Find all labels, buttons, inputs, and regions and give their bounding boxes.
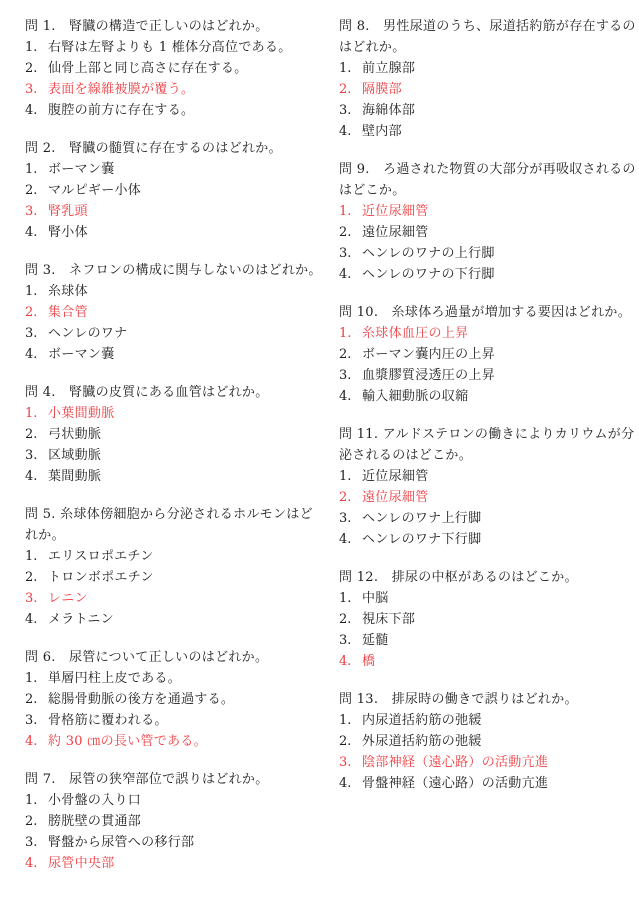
option-row: 4. 骨盤神経（遠心路）の活動亢進 [339,773,637,794]
options-list: 1. 前立腺部 2. 隔膜部 3. 海綿体部 4. 壁内部 [339,58,637,142]
question-title: 問 8. 男性尿道のうち、尿道括約筋が存在するのはどれか。 [339,16,637,58]
option-text: 中脳 [362,588,637,609]
option-text: メラトニン [48,609,323,630]
option-row: 1. 中脳 [339,588,637,609]
option-row: 3. 血漿膠質浸透圧の上昇 [339,365,637,386]
option-row: 1. 糸球体血圧の上昇 [339,323,637,344]
question-block-12: 問 12. 排尿の中枢があるのはどこか。 1. 中脳 2. 視床下部 3. 延髄… [339,567,637,672]
option-text: 約 30 ㎝の長い管である。 [48,731,323,752]
option-number: 1. [25,281,48,302]
option-number: 3. [25,79,48,100]
option-number: 2. [339,344,362,365]
option-number: 2. [25,58,48,79]
option-text: 腹腔の前方に存在する。 [48,100,323,121]
option-number: 4. [25,466,48,487]
option-number: 4. [25,731,48,752]
option-number: 1. [339,323,362,344]
option-number: 1. [25,159,48,180]
option-text: 腎乳頭 [48,201,323,222]
option-number: 4. [25,344,48,365]
option-row: 4. 輸入細動脈の収縮 [339,386,637,407]
option-text: 小骨盤の入り口 [48,790,323,811]
option-number: 3. [339,752,362,773]
option-row: 4. 橋 [339,651,637,672]
option-number: 2. [339,222,362,243]
question-title: 問 9. ろ過された物質の大部分が再吸収されるのはどこか。 [339,159,637,201]
option-number: 4. [25,100,48,121]
option-number: 4. [339,386,362,407]
option-number: 2. [339,79,362,100]
option-number: 1. [25,790,48,811]
option-number: 2. [339,487,362,508]
question-title: 問 7. 尿管の狭窄部位で誤りはどれか。 [25,769,323,790]
option-text: 延髄 [362,630,637,651]
option-text: ボーマン嚢 [48,344,323,365]
option-number: 2. [339,731,362,752]
option-row: 3. 腎乳頭 [25,201,323,222]
option-number: 1. [339,710,362,731]
option-row: 4. 葉間動脈 [25,466,323,487]
option-row: 2. 膀胱壁の貫通部 [25,811,323,832]
option-text: 糸球体 [48,281,323,302]
option-text: 血漿膠質浸透圧の上昇 [362,365,637,386]
option-number: 1. [25,37,48,58]
question-title: 問 1. 腎臓の構造で正しいのはどれか。 [25,16,323,37]
option-row: 2. 弓状動脈 [25,424,323,445]
option-number: 1. [25,403,48,424]
question-block-4: 問 4. 腎臓の皮質にある血管はどれか。 1. 小葉間動脈 2. 弓状動脈 3.… [25,382,323,487]
question-block-2: 問 2. 腎臓の髄質に存在するのはどれか。 1. ボーマン嚢 2. マルピギー小… [25,138,323,243]
option-row: 2. 視床下部 [339,609,637,630]
option-row: 2. 隔膜部 [339,79,637,100]
option-number: 2. [25,180,48,201]
option-number: 1. [339,201,362,222]
option-text: 小葉間動脈 [48,403,323,424]
option-text: 区域動脈 [48,445,323,466]
option-text: 骨格筋に覆われる。 [48,710,323,731]
question-block-6: 問 6. 尿管について正しいのはどれか。 1. 単層円柱上皮である。 2. 総腸… [25,647,323,752]
question-block-7: 問 7. 尿管の狭窄部位で誤りはどれか。 1. 小骨盤の入り口 2. 膀胱壁の貫… [25,769,323,874]
question-title: 問 3. ネフロンの構成に関与しないのはどれか。 [25,260,323,281]
question-block-1: 問 1. 腎臓の構造で正しいのはどれか。 1. 右腎は左腎よりも 1 椎体分高位… [25,16,323,121]
option-number: 1. [339,58,362,79]
option-row: 4. ヘンレのワナ下行脚 [339,529,637,550]
option-number: 3. [25,710,48,731]
option-number: 3. [339,365,362,386]
option-row: 2. マルピギー小体 [25,180,323,201]
options-list: 1. 糸球体 2. 集合管 3. ヘンレのワナ 4. ボーマン嚢 [25,281,323,365]
option-row: 3. 海綿体部 [339,100,637,121]
option-number: 2. [339,609,362,630]
question-title: 問 10. 糸球体ろ過量が増加する要因はどれか。 [339,302,637,323]
option-number: 1. [339,588,362,609]
option-number: 3. [339,100,362,121]
option-text: 陰部神経（遠心路）の活動亢進 [362,752,637,773]
option-text: 海綿体部 [362,100,637,121]
option-row: 2. ボーマン嚢内圧の上昇 [339,344,637,365]
option-row: 4. ボーマン嚢 [25,344,323,365]
option-text: 単層円柱上皮である。 [48,668,323,689]
option-number: 2. [25,811,48,832]
option-row: 2. 遠位尿細管 [339,487,637,508]
option-row: 4. 壁内部 [339,121,637,142]
option-number: 2. [25,302,48,323]
option-text: レニン [48,588,323,609]
option-number: 3. [339,508,362,529]
option-row: 2. 遠位尿細管 [339,222,637,243]
option-text: 腎盤から尿管への移行部 [48,832,323,853]
option-row: 2. 集合管 [25,302,323,323]
option-row: 3. ヘンレのワナ上行脚 [339,508,637,529]
option-number: 2. [25,424,48,445]
option-row: 3. 骨格筋に覆われる。 [25,710,323,731]
option-number: 3. [25,445,48,466]
option-number: 4. [339,264,362,285]
option-row: 1. ボーマン嚢 [25,159,323,180]
option-row: 2. 総腸骨動脈の後方を通過する。 [25,689,323,710]
option-row: 3. ヘンレのワナ [25,323,323,344]
option-text: 視床下部 [362,609,637,630]
option-text: 総腸骨動脈の後方を通過する。 [48,689,323,710]
question-block-8: 問 8. 男性尿道のうち、尿道括約筋が存在するのはどれか。 1. 前立腺部 2.… [339,16,637,142]
option-text: 外尿道括約筋の弛緩 [362,731,637,752]
option-number: 3. [25,323,48,344]
option-text: 腎小体 [48,222,323,243]
right-column: 問 8. 男性尿道のうち、尿道括約筋が存在するのはどれか。 1. 前立腺部 2.… [339,16,637,905]
option-row: 4. ヘンレのワナの下行脚 [339,264,637,285]
option-text: 骨盤神経（遠心路）の活動亢進 [362,773,637,794]
question-title: 問 2. 腎臓の髄質に存在するのはどれか。 [25,138,323,159]
option-text: 遠位尿細管 [362,222,637,243]
option-text: トロンボポエチン [48,567,323,588]
question-title: 問 4. 腎臓の皮質にある血管はどれか。 [25,382,323,403]
question-title: 問 11. アルドステロンの働きによりカリウムが分泌されるのはどこか。 [339,424,637,466]
option-row: 2. 外尿道括約筋の弛緩 [339,731,637,752]
option-text: 隔膜部 [362,79,637,100]
option-row: 3. 延髄 [339,630,637,651]
option-text: ヘンレのワナ上行脚 [362,508,637,529]
options-list: 1. 小骨盤の入り口 2. 膀胱壁の貫通部 3. 腎盤から尿管への移行部 4. … [25,790,323,874]
option-number: 1. [25,668,48,689]
option-row: 1. 単層円柱上皮である。 [25,668,323,689]
option-row: 1. 前立腺部 [339,58,637,79]
option-row: 1. 小葉間動脈 [25,403,323,424]
option-row: 2. 仙骨上部と同じ高さに存在する。 [25,58,323,79]
options-list: 1. 右腎は左腎よりも 1 椎体分高位である。 2. 仙骨上部と同じ高さに存在す… [25,37,323,121]
question-title: 問 12. 排尿の中枢があるのはどこか。 [339,567,637,588]
option-text: 糸球体血圧の上昇 [362,323,637,344]
option-text: 近位尿細管 [362,466,637,487]
option-number: 4. [25,609,48,630]
option-text: 前立腺部 [362,58,637,79]
options-list: 1. 中脳 2. 視床下部 3. 延髄 4. 橋 [339,588,637,672]
option-number: 1. [339,466,362,487]
options-list: 1. 単層円柱上皮である。 2. 総腸骨動脈の後方を通過する。 3. 骨格筋に覆… [25,668,323,752]
option-number: 4. [339,121,362,142]
question-block-5: 問 5. 糸球体傍細胞から分泌されるホルモンはどれか。 1. エリスロポエチン … [25,504,323,630]
option-number: 3. [25,832,48,853]
option-row: 4. 腎小体 [25,222,323,243]
option-row: 4. 約 30 ㎝の長い管である。 [25,731,323,752]
option-number: 3. [339,243,362,264]
option-text: 壁内部 [362,121,637,142]
option-text: 近位尿細管 [362,201,637,222]
option-row: 1. 糸球体 [25,281,323,302]
option-number: 2. [25,567,48,588]
option-text: 輸入細動脈の収縮 [362,386,637,407]
options-list: 1. 糸球体血圧の上昇 2. ボーマン嚢内圧の上昇 3. 血漿膠質浸透圧の上昇 … [339,323,637,407]
option-row: 1. 近位尿細管 [339,466,637,487]
option-row: 1. 近位尿細管 [339,201,637,222]
option-row: 3. 表面を線維被膜が覆う。 [25,79,323,100]
option-row: 2. トロンボポエチン [25,567,323,588]
option-text: 右腎は左腎よりも 1 椎体分高位である。 [48,37,323,58]
question-block-9: 問 9. ろ過された物質の大部分が再吸収されるのはどこか。 1. 近位尿細管 2… [339,159,637,285]
left-column: 問 1. 腎臓の構造で正しいのはどれか。 1. 右腎は左腎よりも 1 椎体分高位… [25,16,323,905]
option-text: 葉間動脈 [48,466,323,487]
option-number: 2. [25,689,48,710]
option-text: ヘンレのワナ [48,323,323,344]
options-list: 1. 内尿道括約筋の弛緩 2. 外尿道括約筋の弛緩 3. 陰部神経（遠心路）の活… [339,710,637,794]
option-text: 表面を線維被膜が覆う。 [48,79,323,100]
option-text: 集合管 [48,302,323,323]
option-number: 3. [25,201,48,222]
option-row: 3. レニン [25,588,323,609]
options-list: 1. 近位尿細管 2. 遠位尿細管 3. ヘンレのワナ上行脚 4. ヘンレのワナ… [339,466,637,550]
option-number: 4. [339,651,362,672]
option-text: ヘンレのワナの下行脚 [362,264,637,285]
question-title: 問 6. 尿管について正しいのはどれか。 [25,647,323,668]
option-row: 3. 腎盤から尿管への移行部 [25,832,323,853]
options-list: 1. ボーマン嚢 2. マルピギー小体 3. 腎乳頭 4. 腎小体 [25,159,323,243]
option-row: 3. 区域動脈 [25,445,323,466]
option-row: 4. 腹腔の前方に存在する。 [25,100,323,121]
options-list: 1. 近位尿細管 2. 遠位尿細管 3. ヘンレのワナの上行脚 4. ヘンレのワ… [339,201,637,285]
option-number: 4. [25,853,48,874]
option-text: マルピギー小体 [48,180,323,201]
option-text: 橋 [362,651,637,672]
option-text: 内尿道括約筋の弛緩 [362,710,637,731]
option-row: 4. メラトニン [25,609,323,630]
option-number: 1. [25,546,48,567]
option-text: 仙骨上部と同じ高さに存在する。 [48,58,323,79]
option-text: ボーマン嚢内圧の上昇 [362,344,637,365]
option-row: 1. エリスロポエチン [25,546,323,567]
option-row: 1. 小骨盤の入り口 [25,790,323,811]
option-number: 4. [25,222,48,243]
option-number: 3. [339,630,362,651]
option-row: 4. 尿管中央部 [25,853,323,874]
question-block-10: 問 10. 糸球体ろ過量が増加する要因はどれか。 1. 糸球体血圧の上昇 2. … [339,302,637,407]
option-number: 3. [25,588,48,609]
option-number: 4. [339,773,362,794]
question-block-13: 問 13. 排尿時の働きで誤りはどれか。 1. 内尿道括約筋の弛緩 2. 外尿道… [339,689,637,794]
options-list: 1. 小葉間動脈 2. 弓状動脈 3. 区域動脈 4. 葉間動脈 [25,403,323,487]
option-row: 1. 右腎は左腎よりも 1 椎体分高位である。 [25,37,323,58]
quiz-document-page: 問 1. 腎臓の構造で正しいのはどれか。 1. 右腎は左腎よりも 1 椎体分高位… [0,0,639,905]
question-title: 問 5. 糸球体傍細胞から分泌されるホルモンはどれか。 [25,504,323,546]
option-row: 3. 陰部神経（遠心路）の活動亢進 [339,752,637,773]
option-row: 1. 内尿道括約筋の弛緩 [339,710,637,731]
options-list: 1. エリスロポエチン 2. トロンボポエチン 3. レニン 4. メラトニン [25,546,323,630]
option-text: ヘンレのワナ下行脚 [362,529,637,550]
option-text: エリスロポエチン [48,546,323,567]
question-block-11: 問 11. アルドステロンの働きによりカリウムが分泌されるのはどこか。 1. 近… [339,424,637,550]
question-title: 問 13. 排尿時の働きで誤りはどれか。 [339,689,637,710]
option-text: ヘンレのワナの上行脚 [362,243,637,264]
option-row: 3. ヘンレのワナの上行脚 [339,243,637,264]
option-text: ボーマン嚢 [48,159,323,180]
option-text: 弓状動脈 [48,424,323,445]
option-number: 4. [339,529,362,550]
option-text: 尿管中央部 [48,853,323,874]
option-text: 膀胱壁の貫通部 [48,811,323,832]
option-text: 遠位尿細管 [362,487,637,508]
question-block-3: 問 3. ネフロンの構成に関与しないのはどれか。 1. 糸球体 2. 集合管 3… [25,260,323,365]
